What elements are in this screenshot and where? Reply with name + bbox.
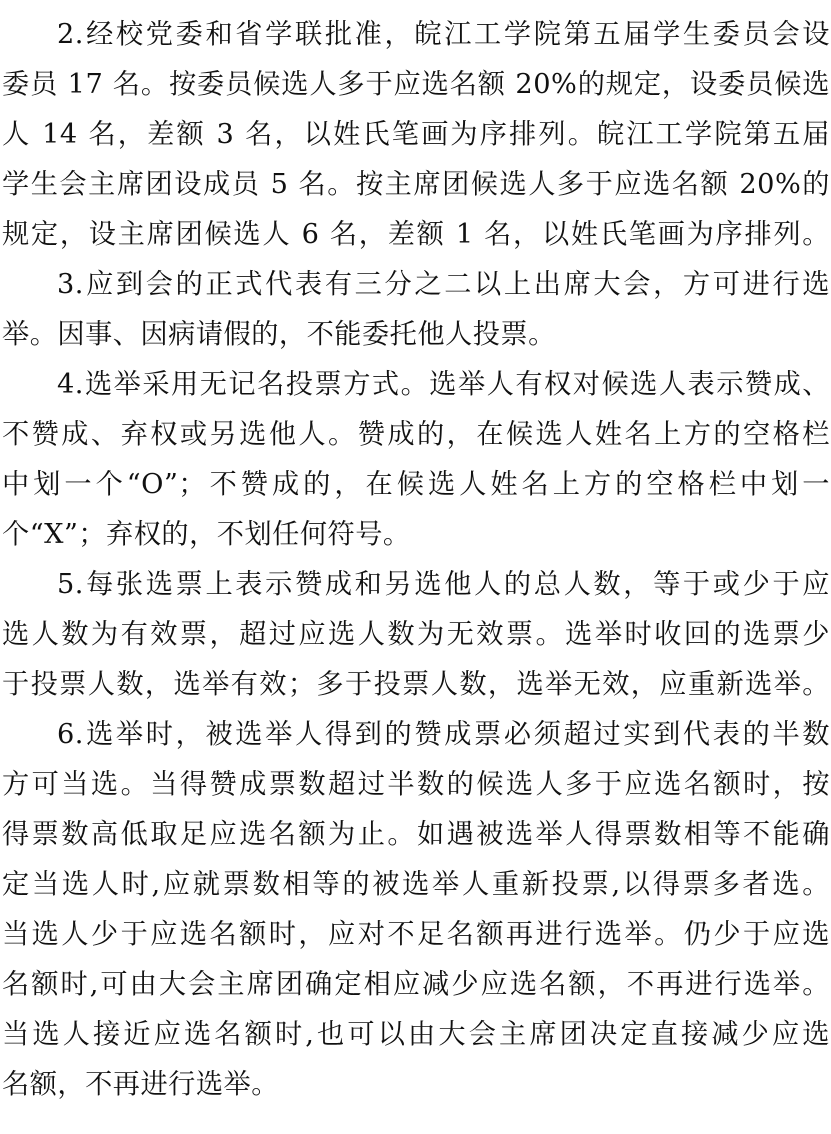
text-line: 选人数为有效票，超过应选人数为无效票。选举时收回的选票少 bbox=[2, 610, 830, 660]
text-line: 4.选举采用无记名投票方式。选举人有权对候选人表示赞成、 bbox=[57, 360, 830, 410]
text-line: 2.经校党委和省学联批准，皖江工学院第五届学生委员会设 bbox=[57, 10, 830, 60]
text-line: 当选人少于应选名额时，应对不足名额再进行选举。仍少于应选 bbox=[2, 910, 830, 960]
text-line: 当选人接近应选名额时,也可以由大会主席团决定直接减少应选 bbox=[2, 1010, 830, 1060]
text-line: 名额，不再进行选举。 bbox=[2, 1060, 830, 1110]
text-line: 学生会主席团设成员 5 名。按主席团候选人多于应选名额 20%的 bbox=[2, 160, 830, 210]
text-line: 名额时,可由大会主席团确定相应减少应选名额，不再进行选举。 bbox=[2, 960, 830, 1010]
text-line: 得票数高低取足应选名额为止。如遇被选举人得票数相等不能确 bbox=[2, 810, 830, 860]
text-line: 于投票人数，选举有效；多于投票人数，选举无效，应重新选举。 bbox=[2, 660, 830, 710]
text-line: 举。因事、因病请假的，不能委托他人投票。 bbox=[2, 310, 830, 360]
text-line: 人 14 名，差额 3 名，以姓氏笔画为序排列。皖江工学院第五届 bbox=[2, 110, 830, 160]
text-line: 定当选人时,应就票数相等的被选举人重新投票,以得票多者选。 bbox=[2, 860, 830, 910]
text-line: 规定，设主席团候选人 6 名，差额 1 名，以姓氏笔画为序排列。 bbox=[2, 210, 830, 260]
text-line: 5.每张选票上表示赞成和另选他人的总人数，等于或少于应 bbox=[57, 560, 830, 610]
text-line: 中划一个“O”；不赞成的，在候选人姓名上方的空格栏中划一 bbox=[2, 460, 830, 510]
document-page: 2.经校党委和省学联批准，皖江工学院第五届学生委员会设 委员 17 名。按委员候… bbox=[0, 0, 831, 1134]
text-line: 方可当选。当得赞成票数超过半数的候选人多于应选名额时，按 bbox=[2, 760, 830, 810]
text-line: 不赞成、弃权或另选他人。赞成的，在候选人姓名上方的空格栏 bbox=[2, 410, 830, 460]
text-line: 个“X”；弃权的，不划任何符号。 bbox=[2, 510, 830, 560]
text-line: 3.应到会的正式代表有三分之二以上出席大会，方可进行选 bbox=[57, 260, 830, 310]
text-line: 6.选举时，被选举人得到的赞成票必须超过实到代表的半数 bbox=[57, 710, 830, 760]
text-line: 委员 17 名。按委员候选人多于应选名额 20%的规定，设委员候选 bbox=[2, 60, 830, 110]
